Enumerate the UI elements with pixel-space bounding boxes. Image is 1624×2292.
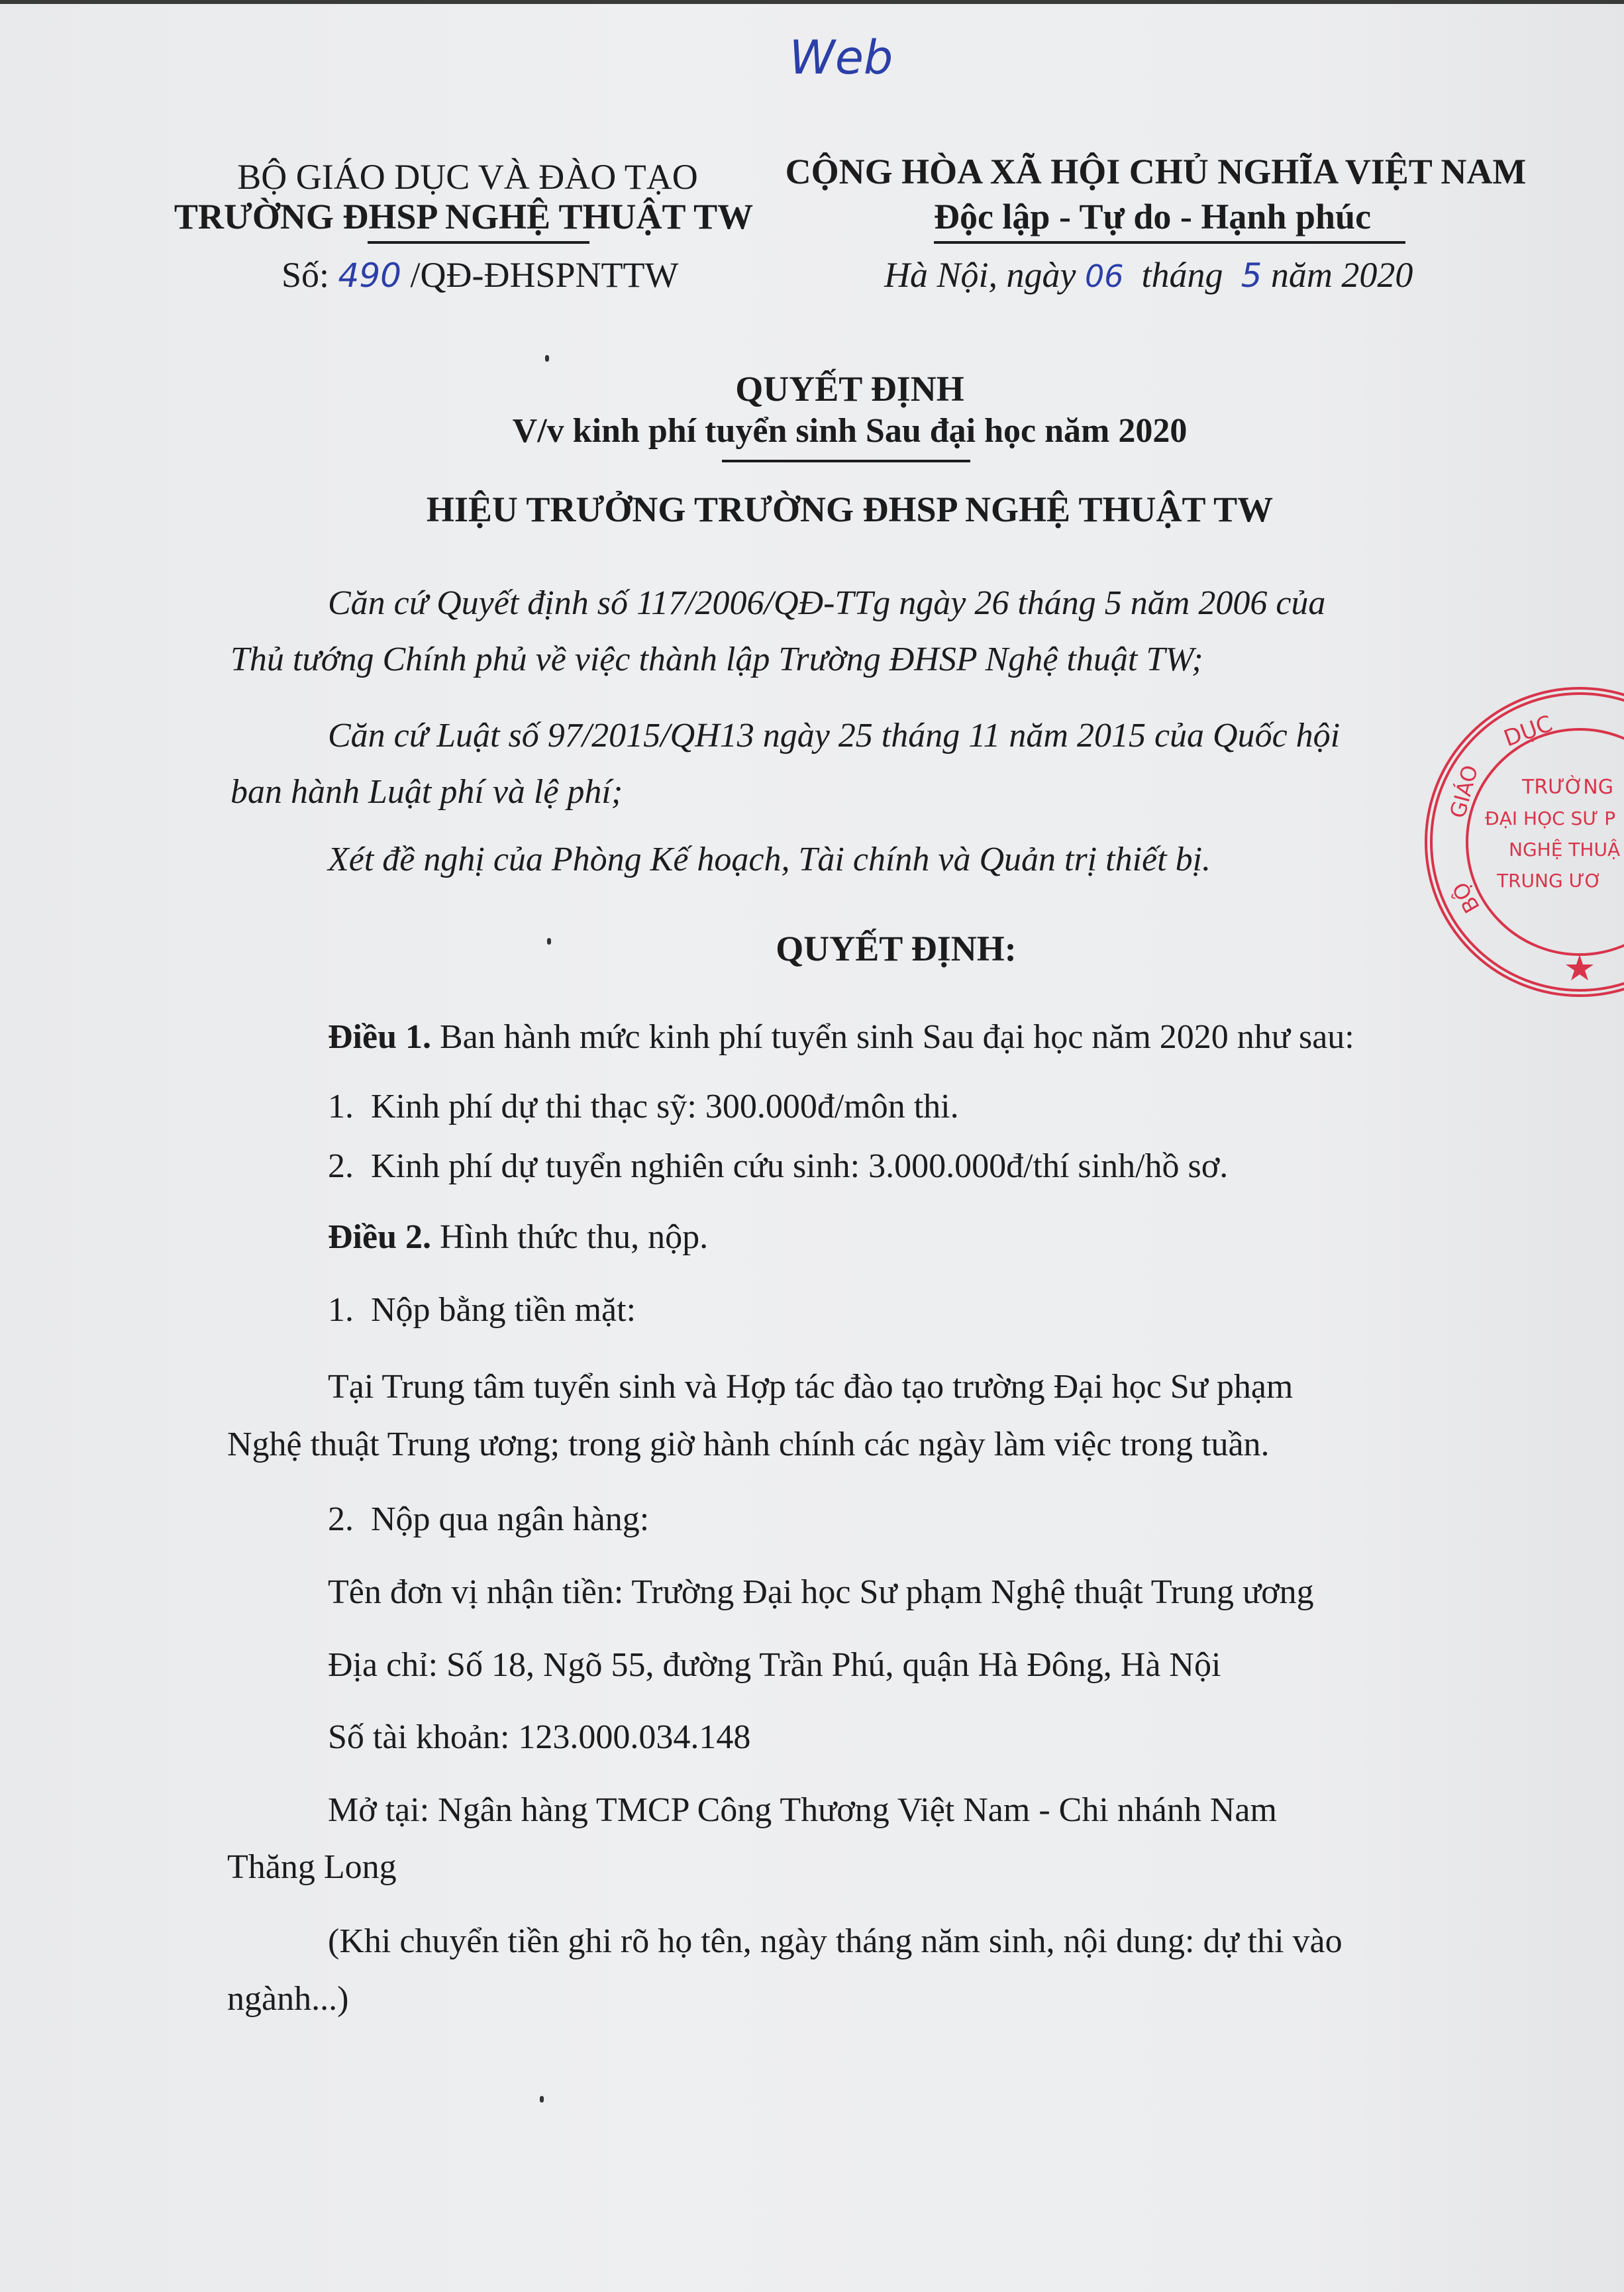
- article-2-label: Điều 2.: [328, 1218, 431, 1256]
- bank-opened-line-1: Mở tại: Ngân hàng TMCP Công Thương Việt …: [328, 1791, 1277, 1830]
- basis-1-line1: Căn cứ Quyết định số 117/2006/QĐ-TTg ngà…: [328, 584, 1325, 623]
- issue-date: Hà Nội, ngày 06 tháng 5 năm 2020: [884, 254, 1413, 295]
- subject-underline: [722, 460, 970, 462]
- decision-heading: QUYẾT ĐỊNH:: [776, 928, 1017, 969]
- item-number: 2.: [328, 1500, 354, 1538]
- date-prefix: Hà Nội, ngày: [884, 255, 1076, 295]
- basis-3: Xét đề nghị của Phòng Kế hoạch, Tài chín…: [328, 840, 1211, 879]
- official-seal: DỤC GIÁO BỘ TRƯỜNG ĐẠI HỌC SƯ P NGHỆ THU…: [1424, 686, 1624, 998]
- cash-line-2: Nghệ thuật Trung ương; trong giờ hành ch…: [227, 1425, 1270, 1464]
- basis-2-line2: ban hành Luật phí và lệ phí;: [230, 772, 623, 811]
- school-underline: [368, 241, 589, 244]
- item-number: 2.: [328, 1147, 354, 1185]
- item-text: Nộp qua ngân hàng:: [371, 1500, 649, 1538]
- article-1: Điều 1. Ban hành mức kinh phí tuyển sinh…: [328, 1017, 1354, 1057]
- decision-title: QUYẾT ĐỊNH: [735, 368, 964, 409]
- article-1-label: Điều 1.: [328, 1018, 431, 1056]
- item-number: 1.: [328, 1291, 354, 1329]
- bank-recipient: Tên đơn vị nhận tiền: Trường Đại học Sư …: [328, 1573, 1314, 1612]
- item-number: 1.: [328, 1088, 354, 1125]
- article-1-item-1: 1. Kinh phí dự thi thạc sỹ: 300.000đ/môn…: [328, 1087, 959, 1126]
- cash-payment-title: 1. Nộp bằng tiền mặt:: [328, 1290, 636, 1329]
- speck: [545, 355, 549, 362]
- article-1-text: Ban hành mức kinh phí tuyển sinh Sau đại…: [440, 1018, 1354, 1056]
- number-value: 490: [338, 256, 401, 295]
- seal-line-3: NGHỆ THUẬ: [1509, 839, 1620, 860]
- article-1-item-2: 2. Kinh phí dự tuyển nghiên cứu sinh: 3.…: [328, 1147, 1228, 1186]
- basis-2-line1: Căn cứ Luật số 97/2015/QH13 ngày 25 thán…: [328, 716, 1340, 755]
- date-month-label: tháng: [1142, 255, 1223, 295]
- decision-subject: V/v kinh phí tuyển sinh Sau đại học năm …: [513, 411, 1188, 450]
- number-suffix: /QĐ-ĐHSPNTTW: [410, 255, 678, 295]
- ministry-name: BỘ GIÁO DỤC VÀ ĐÀO TẠO: [237, 156, 698, 197]
- bank-account: Số tài khoản: 123.000.034.148: [328, 1718, 750, 1757]
- speck: [540, 2096, 544, 2103]
- seal-line-2: ĐẠI HỌC SƯ P: [1485, 807, 1615, 829]
- bank-opened-line-2: Thăng Long: [227, 1848, 397, 1887]
- cash-line-1: Tại Trung tâm tuyển sinh và Hợp tác đào …: [328, 1367, 1293, 1406]
- bank-payment-title: 2. Nộp qua ngân hàng:: [328, 1500, 649, 1539]
- school-name: TRƯỜNG ĐHSP NGHỆ THUẬT TW: [174, 196, 753, 237]
- motto-underline: [934, 241, 1405, 244]
- handwritten-note: Web: [789, 30, 893, 85]
- date-month: 5: [1241, 256, 1262, 295]
- date-year: năm 2020: [1271, 255, 1413, 295]
- item-text: Kinh phí dự tuyển nghiên cứu sinh: 3.000…: [371, 1147, 1228, 1185]
- number-label: Số:: [281, 255, 329, 295]
- motto: Độc lập - Tự do - Hạnh phúc: [934, 196, 1371, 237]
- seal-line-4: TRUNG ƯƠ: [1497, 870, 1601, 892]
- date-day: 06: [1085, 258, 1124, 294]
- article-2: Điều 2. Hình thức thu, nộp.: [328, 1218, 708, 1257]
- seal-line-1: TRƯỜNG: [1522, 776, 1613, 799]
- transfer-note-line-1: (Khi chuyển tiền ghi rõ họ tên, ngày thá…: [328, 1922, 1343, 1961]
- transfer-note-line-2: ngành...): [227, 1979, 348, 2018]
- document-number: Số: 490 /QĐ-ĐHSPNTTW: [281, 254, 678, 295]
- document-page: Web BỘ GIÁO DỤC VÀ ĐÀO TẠO TRƯỜNG ĐHSP N…: [0, 4, 1624, 2292]
- item-text: Nộp bằng tiền mặt:: [371, 1291, 636, 1329]
- item-text: Kinh phí dự thi thạc sỹ: 300.000đ/môn th…: [371, 1088, 959, 1125]
- basis-1-line2: Thủ tướng Chính phủ về việc thành lập Tr…: [230, 640, 1203, 679]
- article-2-text: Hình thức thu, nộp.: [440, 1218, 708, 1256]
- bank-address: Địa chỉ: Số 18, Ngõ 55, đường Trần Phú, …: [328, 1645, 1221, 1685]
- speck: [547, 938, 551, 945]
- authority: HIỆU TRƯỞNG TRƯỜNG ĐHSP NGHỆ THUẬT TW: [427, 489, 1273, 530]
- country-name: CỘNG HÒA XÃ HỘI CHỦ NGHĨA VIỆT NAM: [786, 151, 1527, 192]
